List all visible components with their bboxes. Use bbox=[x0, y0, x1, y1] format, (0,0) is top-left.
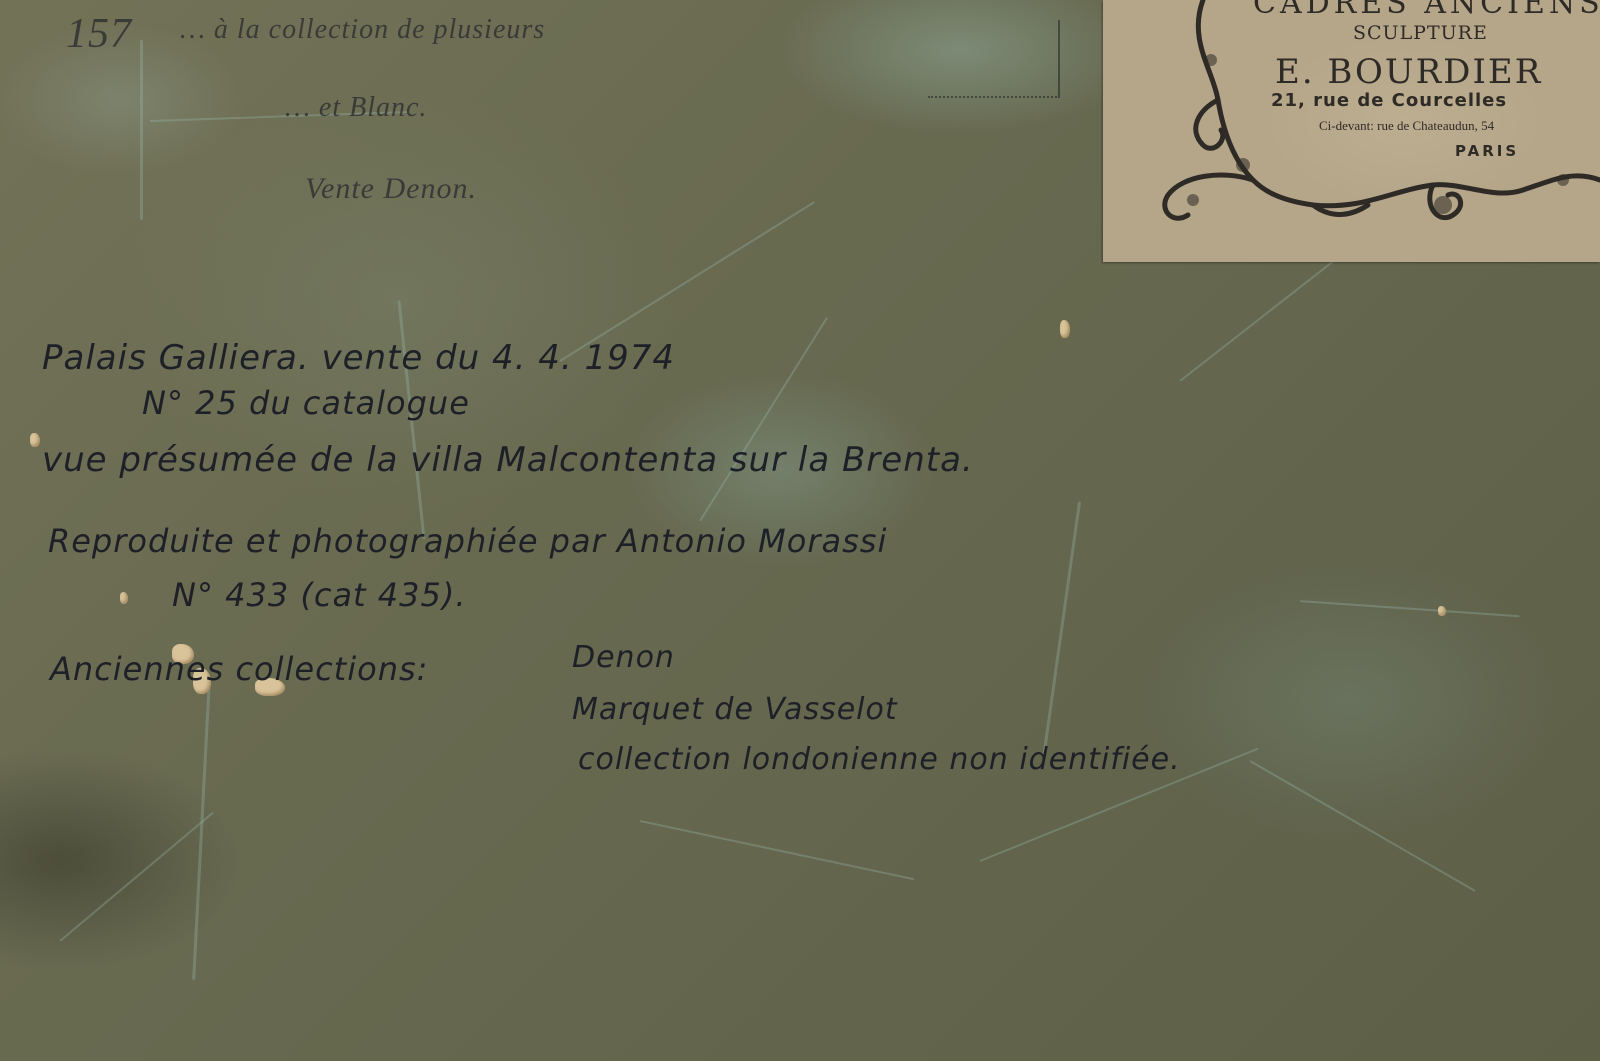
old-inscription-line-1: … à la collection de plusieurs bbox=[180, 14, 545, 46]
catalogue-number-line: N° 25 du catalogue bbox=[142, 384, 470, 422]
label-address: 21, rue de Courcelles bbox=[1271, 90, 1507, 111]
label-city: PARIS bbox=[1455, 142, 1519, 160]
subject-line: vue présumée de la villa Malcontenta sur… bbox=[42, 440, 974, 480]
inventory-number: 157 bbox=[66, 10, 132, 58]
label-framer-name: E. BOURDIER bbox=[1275, 52, 1542, 92]
label-sculpture: SCULPTURE bbox=[1353, 22, 1488, 44]
sale-line: Palais Galliera. vente du 4. 4. 1974 bbox=[42, 338, 675, 378]
collections-heading: Anciennes collections: bbox=[50, 650, 428, 688]
label-former-address: Ci-devant: rue de Chateaudun, 54 bbox=[1319, 118, 1494, 134]
collection-item: Marquet de Vasselot bbox=[572, 692, 898, 727]
collection-item: Denon bbox=[572, 640, 675, 675]
collection-item: collection londonienne non identifiée. bbox=[578, 742, 1181, 777]
framer-label: CADRES ANCIENS SCULPTURE E. BOURDIER 21,… bbox=[1103, 0, 1600, 262]
faded-stamp-outline bbox=[928, 20, 1060, 98]
morassi-number-line: N° 433 (cat 435). bbox=[172, 576, 467, 614]
old-inscription-line-2: … et Blanc. bbox=[285, 92, 427, 124]
old-inscription-line-3: Vente Denon. bbox=[305, 172, 477, 206]
reproduction-line: Reproduite et photographiée par Antonio … bbox=[48, 522, 887, 560]
label-cadres-anciens: CADRES ANCIENS bbox=[1253, 0, 1600, 21]
